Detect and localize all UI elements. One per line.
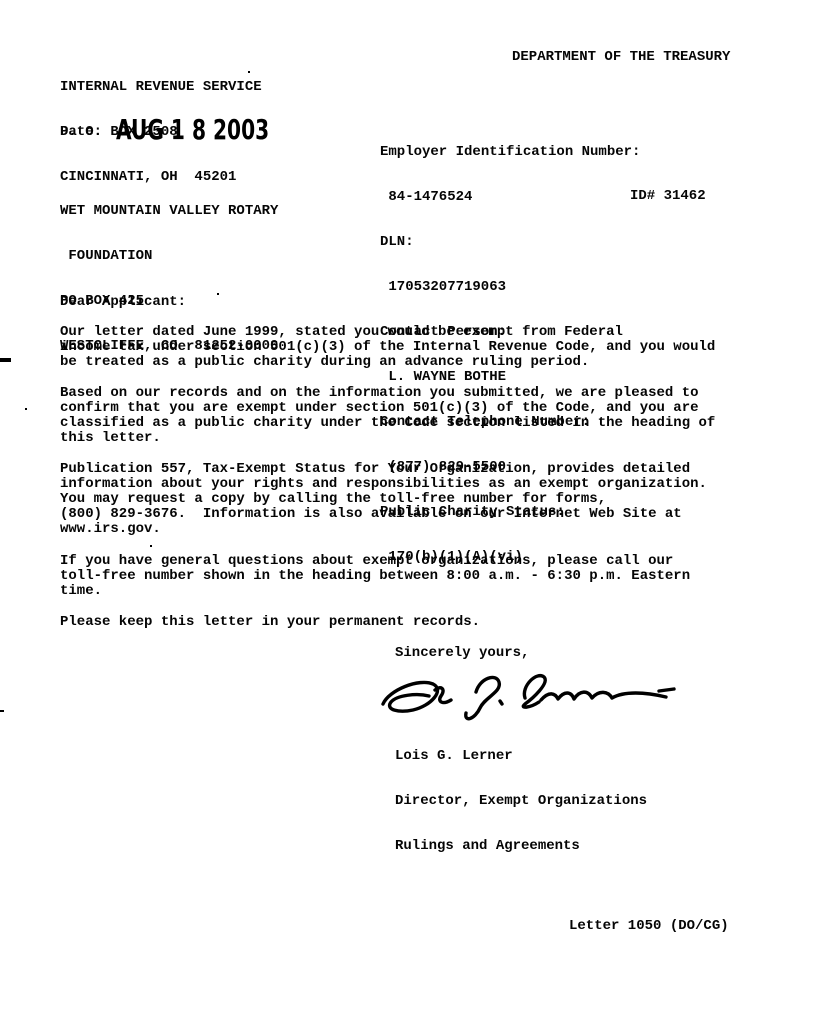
salutation: Dear Applicant:: [60, 295, 186, 310]
dln-value: 17053207719063: [380, 280, 640, 295]
ein-label: Employer Identification Number:: [380, 145, 640, 160]
footer-form-number: Letter 1050 (DO/CG): [569, 919, 729, 934]
scan-speck-3: [217, 293, 219, 295]
recipient-name2: FOUNDATION: [60, 249, 278, 264]
scan-mark-left-dash-1: [0, 358, 11, 362]
valediction: Sincerely yours,: [395, 646, 529, 661]
signer-block: Lois G. Lerner Director, Exempt Organiza…: [395, 719, 647, 884]
signer-title-1: Director, Exempt Organizations: [395, 794, 647, 809]
body-paragraph-5: Please keep this letter in your permanen…: [60, 615, 480, 630]
scan-speck-2: [248, 71, 250, 73]
contact-id: ID# 31462: [630, 189, 706, 204]
recipient-name: WET MOUNTAIN VALLEY ROTARY: [60, 204, 278, 219]
sender-name: INTERNAL REVENUE SERVICE: [60, 80, 262, 95]
body-paragraph-4: If you have general questions about exem…: [60, 554, 690, 599]
body-paragraph-3: Publication 557, Tax-Exempt Status for Y…: [60, 462, 707, 537]
contact-person-value: L. WAYNE BOTHE: [380, 370, 640, 385]
signer-name: Lois G. Lerner: [395, 749, 647, 764]
scan-mark-left-dash-2: [0, 710, 4, 712]
date-stamp: AUG 1 8 2003: [116, 116, 269, 144]
body-paragraph-2: Based on our records and on the informat…: [60, 386, 715, 446]
signature-image: [379, 666, 681, 724]
dln-label: DLN:: [380, 235, 640, 250]
scan-speck-4: [150, 545, 152, 547]
letter-page: INTERNAL REVENUE SERVICE P. O. BOX 2508 …: [0, 0, 814, 1034]
signer-title-2: Rulings and Agreements: [395, 839, 647, 854]
date-label: Date:: [60, 125, 102, 140]
ein-value: 84-1476524: [380, 190, 640, 205]
scan-speck-1: [25, 408, 27, 410]
body-paragraph-1: Our letter dated June 1999, stated you w…: [60, 325, 715, 370]
department-name: DEPARTMENT OF THE TREASURY: [512, 50, 730, 65]
